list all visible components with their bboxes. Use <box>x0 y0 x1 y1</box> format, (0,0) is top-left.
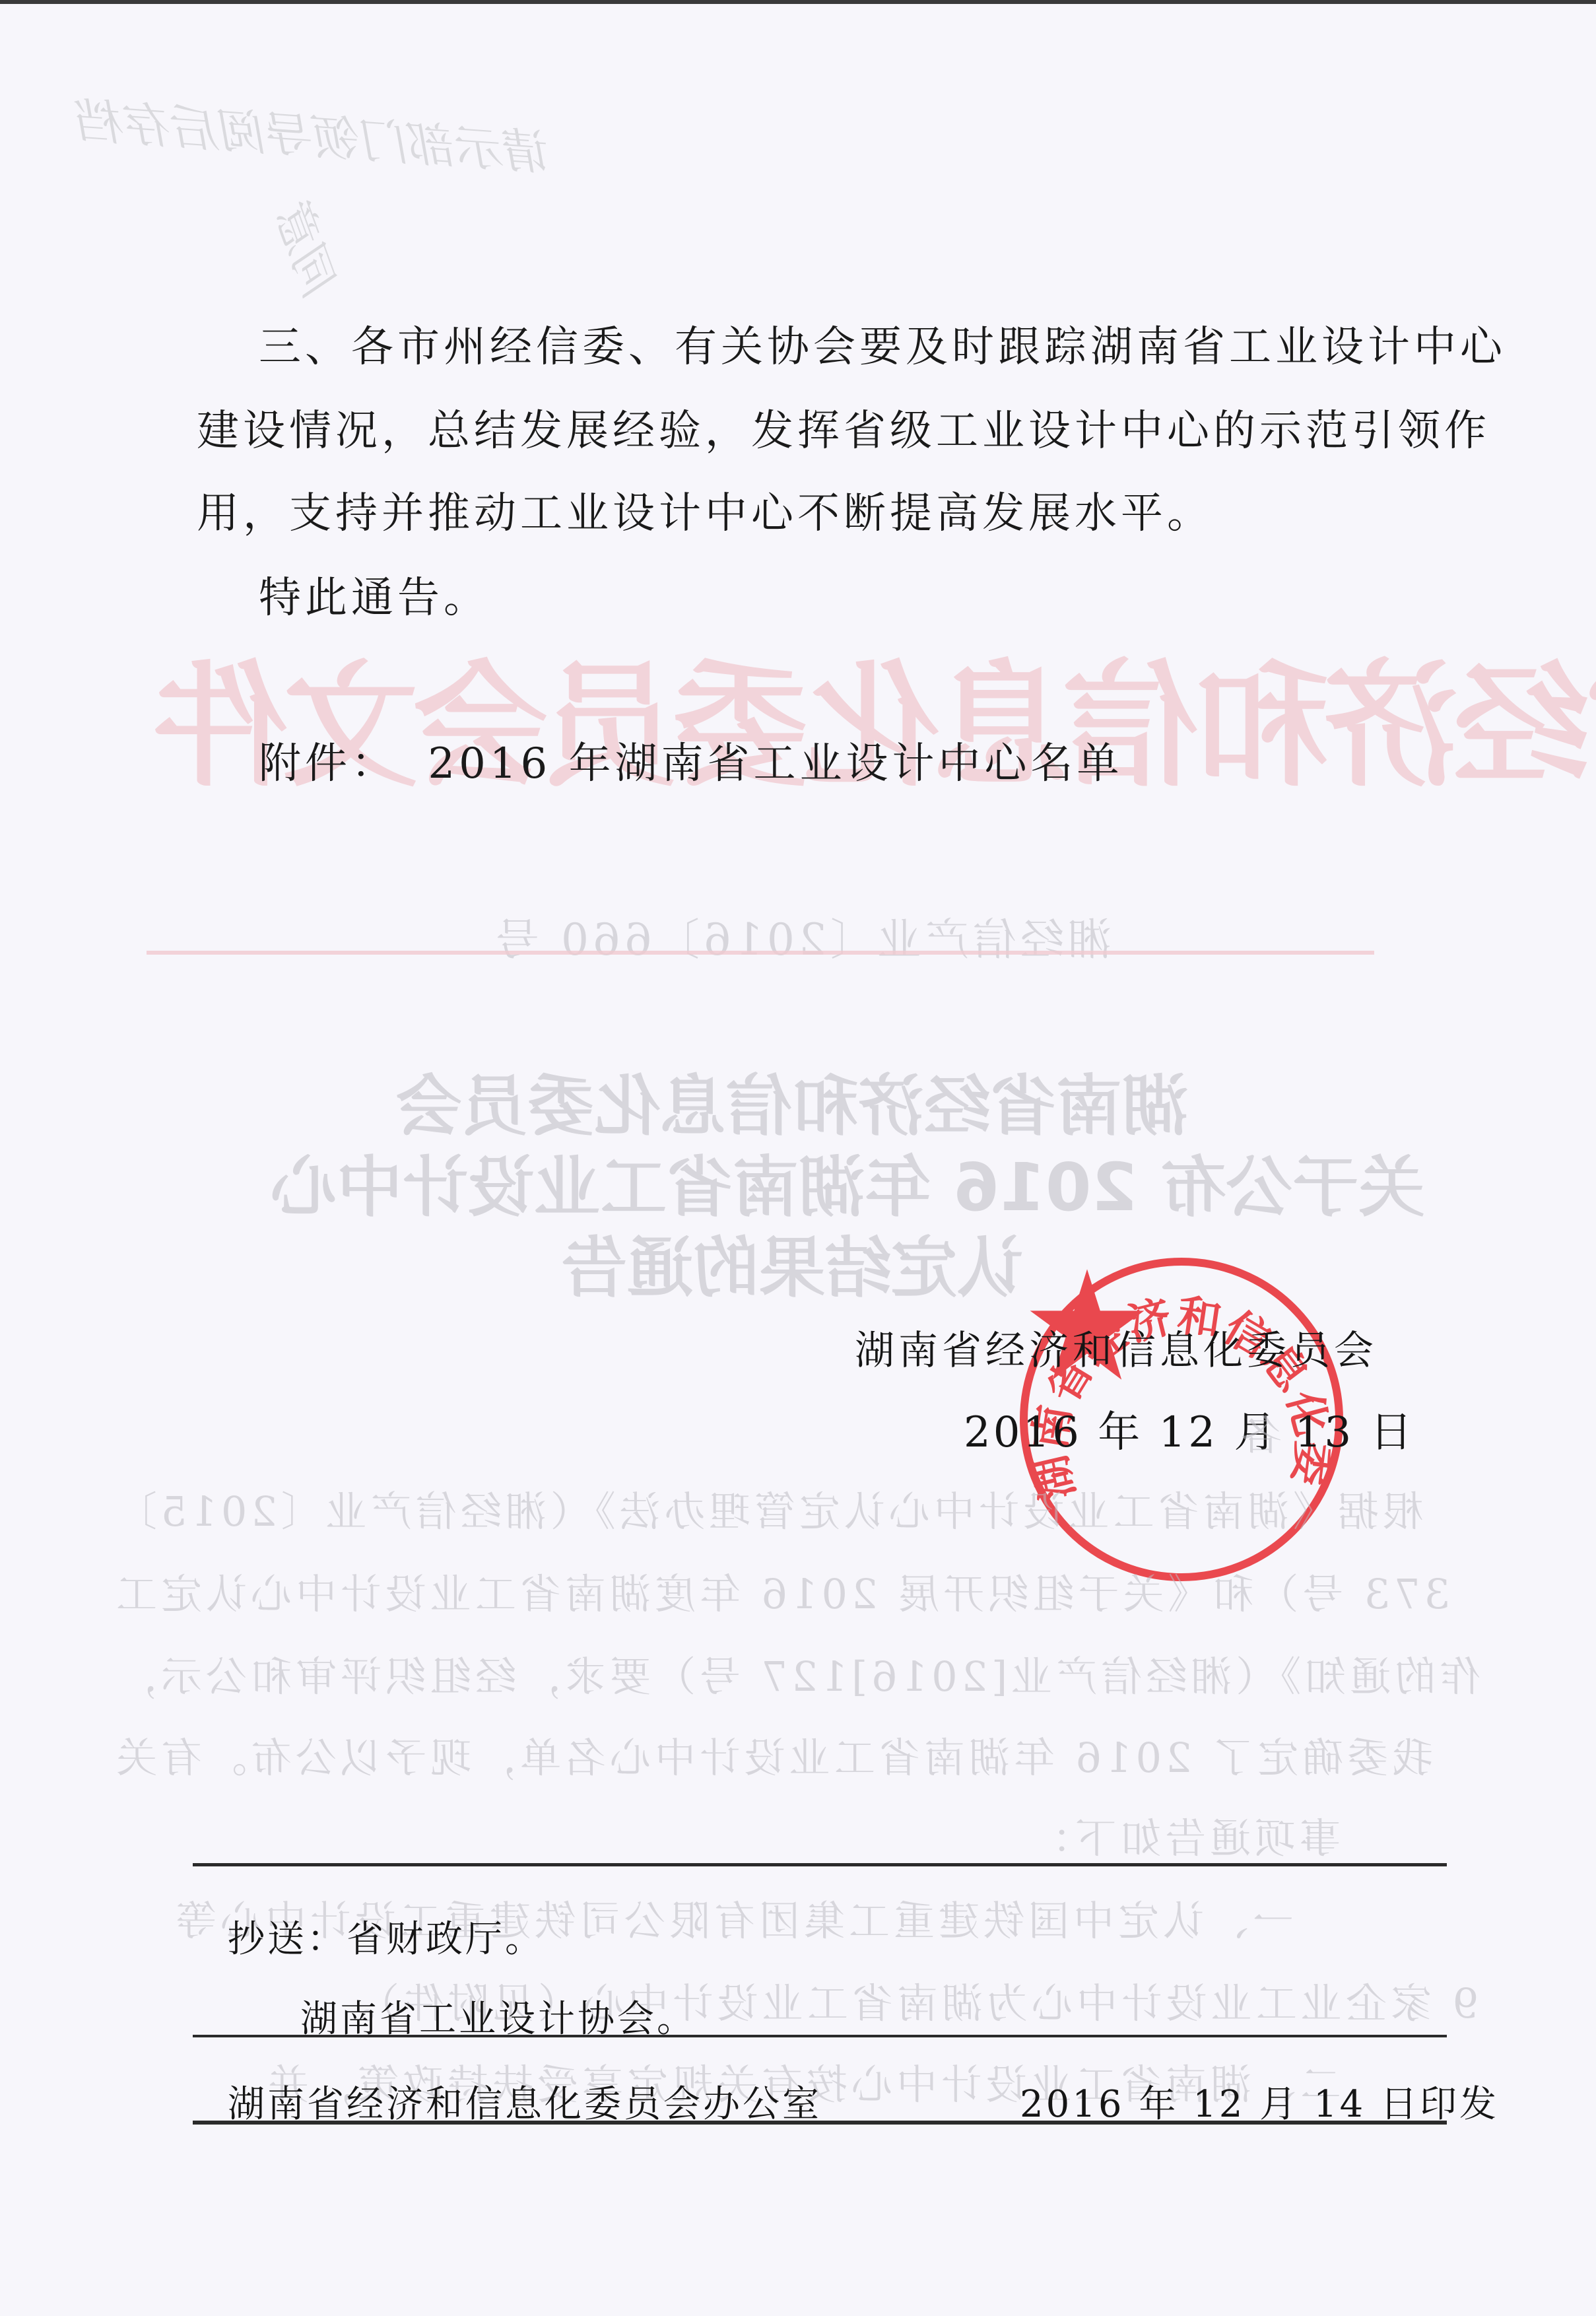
scan-top-edge <box>0 0 1596 4</box>
bleed-through-body-2: 373 号）和《关于组织开展 2016 年度湖南省工业设计中心认定工 <box>112 1561 1450 1620</box>
footer-rule-middle <box>193 2035 1447 2037</box>
footer-rule-bottom <box>193 2121 1447 2125</box>
bleed-through-body-3: 作的通知》（湘经信产业[2016]127 号）要求，经组织评审和公示， <box>112 1644 1480 1703</box>
paragraph-line-3: 用，支持并推动工业设计中心不断提高发展水平。 <box>197 493 1213 535</box>
bleed-through-salutation: 各 <box>1241 1403 1282 1462</box>
issuer: 湖南省经济和信息化委员会办公室 <box>228 2075 822 2128</box>
handwritten-note: 请示部门领导阅后存档 <box>77 83 556 184</box>
attachment-line: 附件： 2016 年湖南省工业设计中心名单 <box>259 743 1123 785</box>
signature-date: 2016 年 12 月 13 日 <box>964 1398 1414 1459</box>
cc-label: 抄送： <box>228 1918 347 1961</box>
bleed-through-body-5: 事项通告如下： <box>1026 1806 1341 1864</box>
bleed-through-title-3: 认定结果的通告 <box>561 1215 1023 1310</box>
bleed-through-body-1: 根据《湖南省工业设计中心认定管理办法》（湘经信产业〔2015〕 <box>112 1479 1424 1538</box>
issue-date: 2016 年 12 月 14 日印发 <box>1020 2075 1499 2128</box>
bleed-through-doc-number: 湘经信产业〔2016〕660 号 <box>492 904 1112 967</box>
attachment-label: 附件： <box>259 739 397 788</box>
cc-line-1: 抄送：省财政厅。 <box>228 1910 545 1963</box>
closing-text: 特此通告。 <box>259 577 490 619</box>
signature-org: 湖南省经济和信息化委员会 <box>855 1319 1378 1376</box>
footer-rule-top <box>193 1863 1447 1866</box>
handwritten-note-2: 同意 <box>263 196 358 306</box>
bleed-through-body-4: 我委确定了 2016 年湖南省工业设计中心名单，现予以公布。有关 <box>112 1725 1433 1784</box>
attachment-value: 2016 年湖南省工业设计中心名单 <box>428 739 1123 788</box>
paragraph-line-1: 三、各市州经信委、有关协会要及时跟踪湖南省工业设计中心 <box>259 326 1506 368</box>
cc-recipient-1: 省财政厅。 <box>347 1918 545 1961</box>
bleed-through-red-rule <box>147 951 1374 955</box>
paragraph-line-2: 建设情况，总结发展经验，发挥省级工业设计中心的示范引领作 <box>197 410 1490 452</box>
